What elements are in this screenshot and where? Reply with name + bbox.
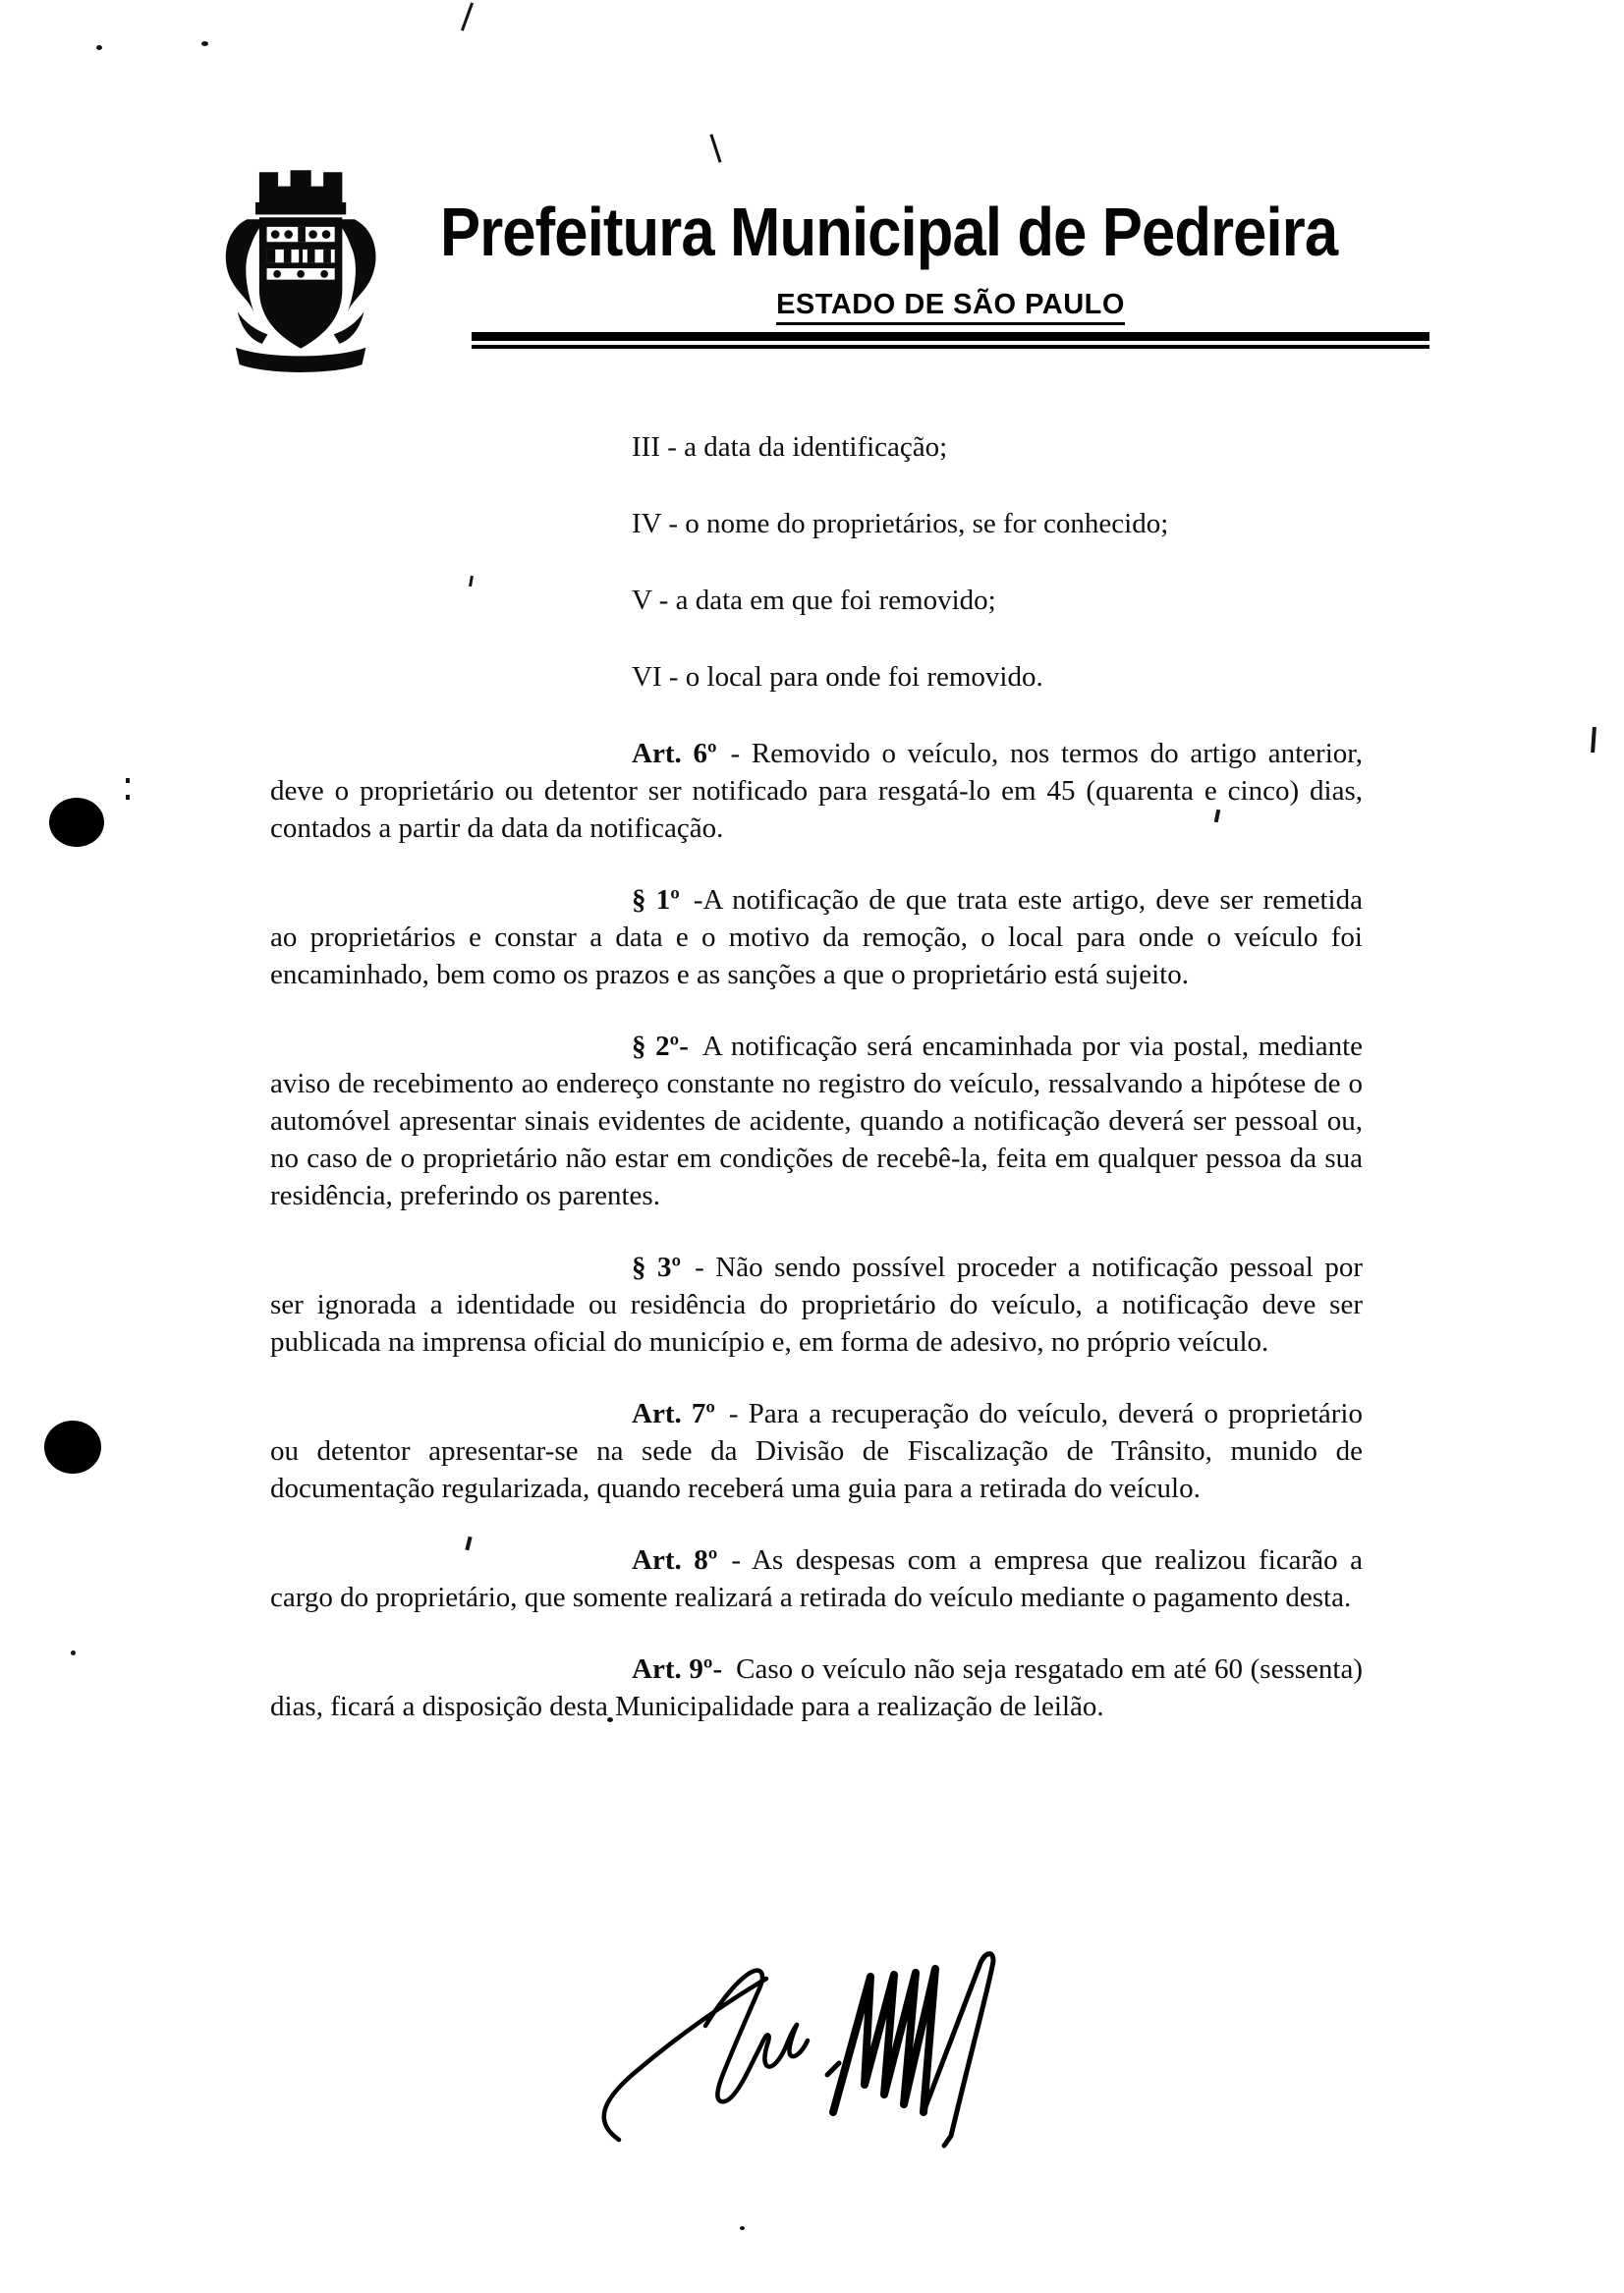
list-item: VI - o local para onde foi removido. [632, 658, 1363, 696]
hole-punch [49, 798, 104, 847]
scan-artifact [201, 41, 208, 46]
letterhead-rule-thin [472, 345, 1429, 349]
article-paragraph: Art. 6º- Removido o veículo, nos termos … [270, 735, 1363, 847]
article-paragraph: Art. 9º-Caso o veículo não seja resgatad… [270, 1650, 1363, 1725]
letterhead-rule-thick [472, 332, 1429, 341]
article-paragraph: § 3º- Não sendo possível proceder a noti… [270, 1249, 1363, 1361]
list-item: IV - o nome do proprietários, se for con… [632, 505, 1363, 542]
article-paragraph: Art. 8º- As despesas com a empresa que r… [270, 1541, 1363, 1616]
list-item: III - a data da identificação; [632, 428, 1363, 466]
article-label: Art. 8º [632, 1544, 717, 1576]
signature-right [827, 1954, 993, 2146]
article-paragraph: Art. 7º- Para a recuperação do veículo, … [270, 1395, 1363, 1507]
article-text: Caso o veículo não seja resgatado em até… [270, 1653, 1363, 1722]
article-label: § 1º [632, 884, 680, 916]
org-title: Prefeitura Municipal de Pedreira [440, 193, 1337, 271]
signatures [580, 1916, 1091, 2210]
hole-punch [44, 1421, 101, 1474]
scan-artifact [740, 2226, 745, 2230]
scan-artifact [1591, 727, 1596, 753]
article-paragraph: § 2º-A notificação será encaminhada por … [270, 1028, 1363, 1214]
signature-left [604, 1971, 808, 2140]
scan-artifact [96, 45, 102, 50]
coat-of-arms-icon [209, 157, 398, 385]
scan-artifact [461, 2, 474, 30]
article-text: - Não sendo possível proceder a notifica… [270, 1252, 1363, 1358]
article-text: -A notificação de que trata este artigo,… [270, 884, 1363, 990]
article-label: Art. 6º [632, 738, 717, 769]
document-body: III - a data da identificação; IV - o no… [270, 428, 1363, 1760]
article-text: - Para a recuperação do veículo, deverá … [270, 1398, 1363, 1504]
scan-artifact [71, 1650, 76, 1655]
article-label: § 2º- [632, 1031, 689, 1062]
scan-artifact [607, 1717, 613, 1722]
org-subtitle-text: ESTADO DE SÃO PAULO [776, 289, 1125, 325]
article-label: § 3º [632, 1252, 681, 1283]
scanned-document-page: Prefeitura Municipal de Pedreira ESTADO … [0, 0, 1624, 2293]
article-text: - Removido o veículo, nos termos do arti… [270, 738, 1363, 844]
article-paragraph: § 1º-A notificação de que trata este art… [270, 881, 1363, 993]
article-text: A notificação será encaminhada por via p… [270, 1031, 1363, 1211]
scan-artifact [709, 134, 721, 162]
list-item: V - a data em que foi removido; [632, 582, 1363, 619]
article-label: Art. 7º [632, 1398, 715, 1429]
org-subtitle: ESTADO DE SÃO PAULO [472, 289, 1429, 325]
article-label: Art. 9º- [632, 1653, 722, 1685]
article-text: - As despesas com a empresa que realizou… [270, 1544, 1363, 1613]
scan-artifact [126, 778, 130, 783]
